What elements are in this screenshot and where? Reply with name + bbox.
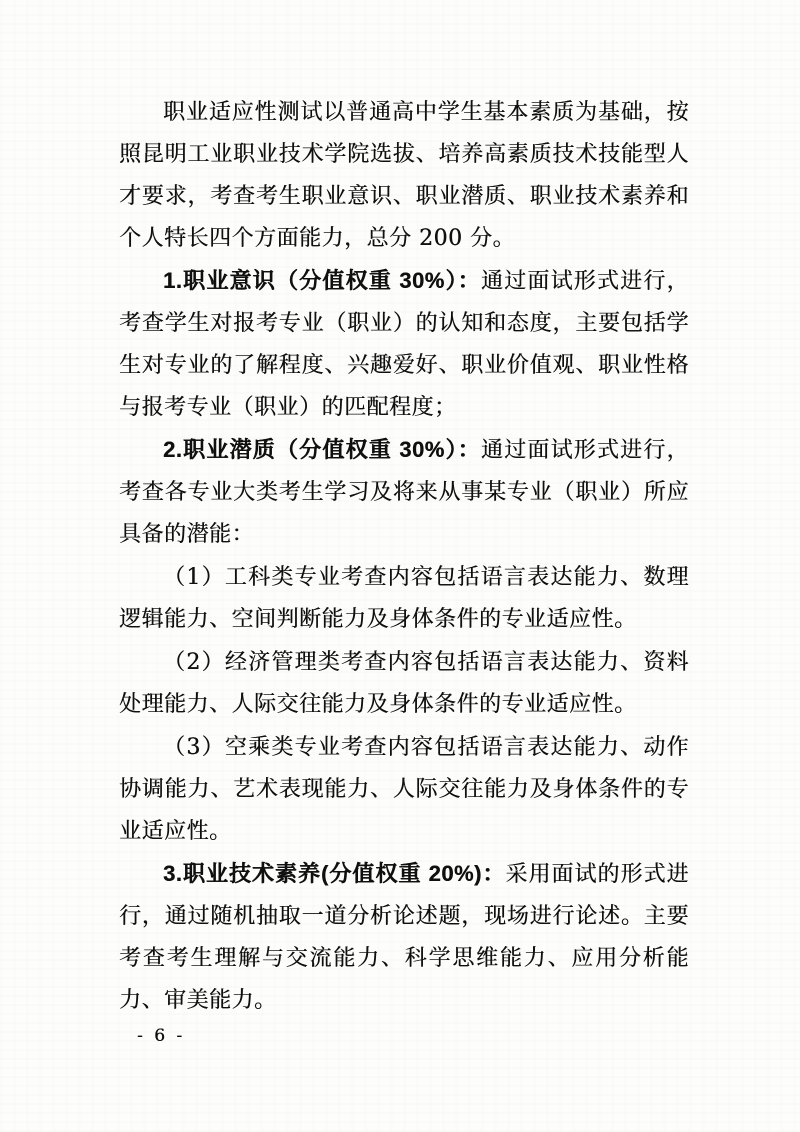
paragraph-career-awareness-lead: 1.职业意识（分值权重 30%）：: [163, 268, 481, 293]
paragraph-item-cabin-crew-text: （3）空乘类专业考查内容包括语言表达能力、动作协调能力、艺术表现能力、人际交往能…: [119, 735, 689, 844]
document-page: 职业适应性测试以普通高中学生基本素质为基础，按照昆明工业职业技术学院选拔、培养高…: [0, 0, 800, 1132]
paragraph-item-engineering-text: （1）工科类专业考查内容包括语言表达能力、数理逻辑能力、空间判断能力及身体条件的…: [119, 565, 689, 632]
paragraph-item-engineering: （1）工科类专业考查内容包括语言表达能力、数理逻辑能力、空间判断能力及身体条件的…: [119, 556, 689, 641]
page-number: - 6 -: [137, 1025, 185, 1047]
paragraph-career-potential: 2.职业潜质（分值权重 30%）：通过面试形式进行，考查各专业大类考生学习及将来…: [119, 429, 689, 556]
paragraph-item-economics-text: （2）经济管理类考查内容包括语言表达能力、资料处理能力、人际交往能力及身体条件的…: [119, 650, 689, 717]
paragraph-career-potential-lead: 2.职业潜质（分值权重 30%）：: [163, 437, 481, 462]
paragraph-item-economics: （2）经济管理类考查内容包括语言表达能力、资料处理能力、人际交往能力及身体条件的…: [119, 641, 689, 726]
paragraph-intro: 职业适应性测试以普通高中学生基本素质为基础，按照昆明工业职业技术学院选拔、培养高…: [119, 91, 689, 260]
paragraph-career-awareness: 1.职业意识（分值权重 30%）：通过面试形式进行，考查学生对报考专业（职业）的…: [119, 260, 689, 429]
paragraph-technical-literacy: 3.职业技术素养(分值权重 20%)：采用面试的形式进行，通过随机抽取一道分析论…: [119, 853, 689, 1022]
paragraph-intro-text: 职业适应性测试以普通高中学生基本素质为基础，按照昆明工业职业技术学院选拔、培养高…: [119, 100, 689, 251]
document-body: 职业适应性测试以普通高中学生基本素质为基础，按照昆明工业职业技术学院选拔、培养高…: [119, 91, 689, 1022]
paragraph-technical-literacy-lead: 3.职业技术素养(分值权重 20%)：: [163, 861, 505, 886]
paragraph-item-cabin-crew: （3）空乘类专业考查内容包括语言表达能力、动作协调能力、艺术表现能力、人际交往能…: [119, 726, 689, 853]
